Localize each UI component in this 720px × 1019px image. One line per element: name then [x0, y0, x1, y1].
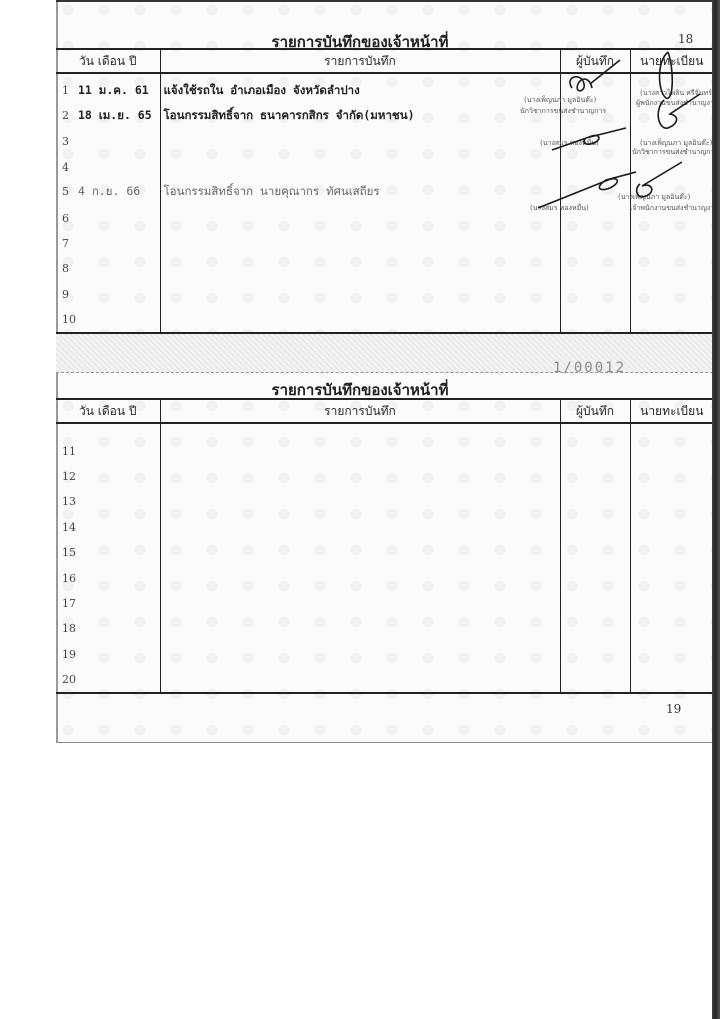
row-number: 19: [56, 648, 78, 661]
registrar-cell: [630, 565, 713, 590]
record-cell: แจ้งใช้รถใน อำเภอเมือง จังหวัดลำปาง: [160, 73, 560, 103]
table-row: 15: [56, 540, 713, 565]
row-number: 9: [56, 288, 78, 301]
record-cell: [160, 489, 560, 514]
entry-text: โอนกรรมสิทธิ์จาก นายคุณากร ทัศนเสถียร: [161, 184, 380, 198]
record-cell: [160, 307, 560, 333]
date-cell: 20: [56, 667, 160, 693]
table-row: 111 ม.ค. 61แจ้งใช้รถใน อำเภอเมือง จังหวั…: [56, 73, 713, 103]
entry-text: [161, 494, 164, 508]
table-row: 10: [56, 307, 713, 333]
registrar-cell: [630, 423, 713, 463]
signature-note: นักวิชาการขนส่งชำนาญการ: [632, 147, 718, 158]
table-row: 218 เม.ย. 65โอนกรรมสิทธิ์จาก ธนาคารกสิกร…: [56, 103, 713, 128]
table-row: 13: [56, 489, 713, 514]
entry-text: [161, 261, 164, 275]
date-cell: 12: [56, 463, 160, 488]
row-number: 6: [56, 212, 78, 225]
entry-text: [161, 160, 164, 174]
signature-note: นักวิชาการขนส่งชำนาญการ: [520, 106, 606, 117]
date-cell: 4: [56, 154, 160, 179]
recorder-cell: [560, 489, 630, 514]
entry-text: [161, 444, 164, 458]
row-number: 7: [56, 237, 78, 250]
recorder-cell: [560, 256, 630, 281]
entry-text: [161, 211, 164, 225]
stamp-number: 1/00012: [553, 360, 626, 376]
header-record: รายการบันทึก: [160, 49, 560, 73]
date-cell: 9: [56, 281, 160, 306]
recorder-cell: [560, 616, 630, 641]
date-cell: 218 เม.ย. 65: [56, 103, 160, 128]
entry-text: โอนกรรมสิทธิ์จาก ธนาคารกสิกร จำกัด(มหาชน…: [161, 108, 415, 122]
record-cell: โอนกรรมสิทธิ์จาก ธนาคารกสิกร จำกัด(มหาชน…: [160, 103, 560, 128]
entry-text: [161, 312, 164, 326]
row-number: 8: [56, 262, 78, 275]
row-number: 14: [56, 521, 78, 534]
table-row: 17: [56, 590, 713, 615]
entry-text: [161, 134, 164, 148]
registrar-cell: [630, 667, 713, 693]
row-number: 11: [56, 445, 78, 458]
header-recorder: ผู้บันทึก: [560, 399, 630, 423]
row-number: 10: [56, 313, 78, 326]
record-cell: [160, 667, 560, 693]
record-cell: [160, 256, 560, 281]
entry-text: [161, 621, 164, 635]
page-number-bottom: 19: [666, 702, 681, 716]
date-cell: 3: [56, 129, 160, 154]
table-row: 3: [56, 129, 713, 154]
top-border: [56, 0, 713, 2]
row-number: 13: [56, 495, 78, 508]
record-cell: [160, 616, 560, 641]
signature-note: (นางเพ็ญนภา มูลอินต๊ะ): [618, 192, 690, 203]
date-cell: 54 ก.ย. 66: [56, 180, 160, 205]
entry-text: [161, 545, 164, 559]
record-cell: [160, 641, 560, 666]
record-cell: [160, 154, 560, 179]
recorder-cell: [560, 307, 630, 333]
record-cell: [160, 590, 560, 615]
row-number: 4: [56, 161, 78, 174]
table-header: วัน เดือน ปี รายการบันทึก ผู้บันทึก นายท…: [56, 399, 713, 423]
record-cell: [160, 129, 560, 154]
date-cell: 19: [56, 641, 160, 666]
row-number: 15: [56, 546, 78, 559]
registrar-cell: [630, 256, 713, 281]
table-row: 4: [56, 154, 713, 179]
recorder-cell: [560, 281, 630, 306]
header-record: รายการบันทึก: [160, 399, 560, 423]
table-row: 19: [56, 641, 713, 666]
entry-text: [161, 520, 164, 534]
row-number: 17: [56, 597, 78, 610]
row-number: 20: [56, 673, 78, 686]
table-row: 8: [56, 256, 713, 281]
registrar-cell: [630, 616, 713, 641]
recorder-cell: [560, 230, 630, 255]
recorder-cell: [560, 423, 630, 463]
registrar-cell: [630, 514, 713, 539]
table-row: 18: [56, 616, 713, 641]
record-cell: [160, 565, 560, 590]
date-cell: 18: [56, 616, 160, 641]
registrar-cell: [630, 281, 713, 306]
table-row: 11: [56, 423, 713, 463]
header-registrar: นายทะเบียน: [630, 49, 713, 73]
signature-note: เจ้าพนักงานขนส่งชำนาญงาน: [630, 203, 719, 214]
recorder-cell: [560, 540, 630, 565]
signature-note: (นางสมร ทองหมื่น): [530, 203, 589, 214]
record-cell: [160, 514, 560, 539]
registrar-cell: [630, 230, 713, 255]
entry-text: [161, 236, 164, 250]
records-table-bottom: วัน เดือน ปี รายการบันทึก ผู้บันทึก นายท…: [56, 398, 713, 694]
registrar-cell: [630, 307, 713, 333]
scanner-edge: [712, 0, 720, 1019]
entry-text: [161, 647, 164, 661]
header-registrar: นายทะเบียน: [630, 399, 713, 423]
signature-note: (นางเพ็ญนภา มูลอินต๊ะ): [524, 95, 596, 106]
date-cell: 6: [56, 205, 160, 230]
page-number-top: 18: [678, 32, 693, 46]
recorder-cell: [560, 590, 630, 615]
entry-text: [161, 596, 164, 610]
entry-text: [161, 571, 164, 585]
date-cell: 14: [56, 514, 160, 539]
signature-note: (นางสมร ทองหมื่น): [540, 138, 599, 149]
date-cell: 11: [56, 423, 160, 463]
date-cell: 111 ม.ค. 61: [56, 73, 160, 103]
table-header: วัน เดือน ปี รายการบันทึก ผู้บันทึก นายท…: [56, 49, 713, 73]
date-cell: 8: [56, 256, 160, 281]
table-row: 9: [56, 281, 713, 306]
date-cell: 17: [56, 590, 160, 615]
record-cell: [160, 230, 560, 255]
recorder-cell: [560, 463, 630, 488]
record-cell: [160, 423, 560, 463]
entry-text: [161, 672, 164, 686]
row-number: 18: [56, 622, 78, 635]
row-number: 1: [56, 84, 78, 97]
row-number: 2: [56, 109, 78, 122]
table-row: 54 ก.ย. 66โอนกรรมสิทธิ์จาก นายคุณากร ทัศ…: [56, 180, 713, 205]
table-row: 14: [56, 514, 713, 539]
table-row: 6: [56, 205, 713, 230]
entry-text: แจ้งใช้รถใน อำเภอเมือง จังหวัดลำปาง: [161, 83, 360, 97]
recorder-cell: [560, 667, 630, 693]
date-cell: 16: [56, 565, 160, 590]
header-recorder: ผู้บันทึก: [560, 49, 630, 73]
recorder-cell: [560, 514, 630, 539]
registrar-cell: [630, 590, 713, 615]
signature-note: ผู้พนักงานขนส่งชำนาญงาน: [636, 98, 719, 109]
record-cell: [160, 463, 560, 488]
entry-text: [161, 469, 164, 483]
header-date: วัน เดือน ปี: [56, 49, 160, 73]
entry-text: [161, 287, 164, 301]
table-row: 12: [56, 463, 713, 488]
entry-date: 11 ม.ค. 61: [78, 83, 149, 97]
entry-date: 18 เม.ย. 65: [78, 108, 152, 122]
row-number: 12: [56, 470, 78, 483]
registrar-cell: [630, 463, 713, 488]
table-row: 16: [56, 565, 713, 590]
date-cell: 7: [56, 230, 160, 255]
records-table-top: วัน เดือน ปี รายการบันทึก ผู้บันทึก นายท…: [56, 48, 713, 334]
record-cell: [160, 540, 560, 565]
table-row: 20: [56, 667, 713, 693]
table-row: 7: [56, 230, 713, 255]
registrar-cell: [630, 641, 713, 666]
header-date: วัน เดือน ปี: [56, 399, 160, 423]
record-cell: โอนกรรมสิทธิ์จาก นายคุณากร ทัศนเสถียร: [160, 180, 560, 205]
row-number: 3: [56, 135, 78, 148]
record-cell: [160, 281, 560, 306]
record-cell: [160, 205, 560, 230]
date-cell: 13: [56, 489, 160, 514]
entry-date: 4 ก.ย. 66: [78, 184, 140, 198]
row-number: 16: [56, 572, 78, 585]
row-number: 5: [56, 185, 78, 198]
registrar-cell: [630, 540, 713, 565]
registrar-cell: [630, 489, 713, 514]
recorder-cell: [560, 154, 630, 179]
date-cell: 15: [56, 540, 160, 565]
date-cell: 10: [56, 307, 160, 333]
recorder-cell: [560, 641, 630, 666]
recorder-cell: [560, 565, 630, 590]
